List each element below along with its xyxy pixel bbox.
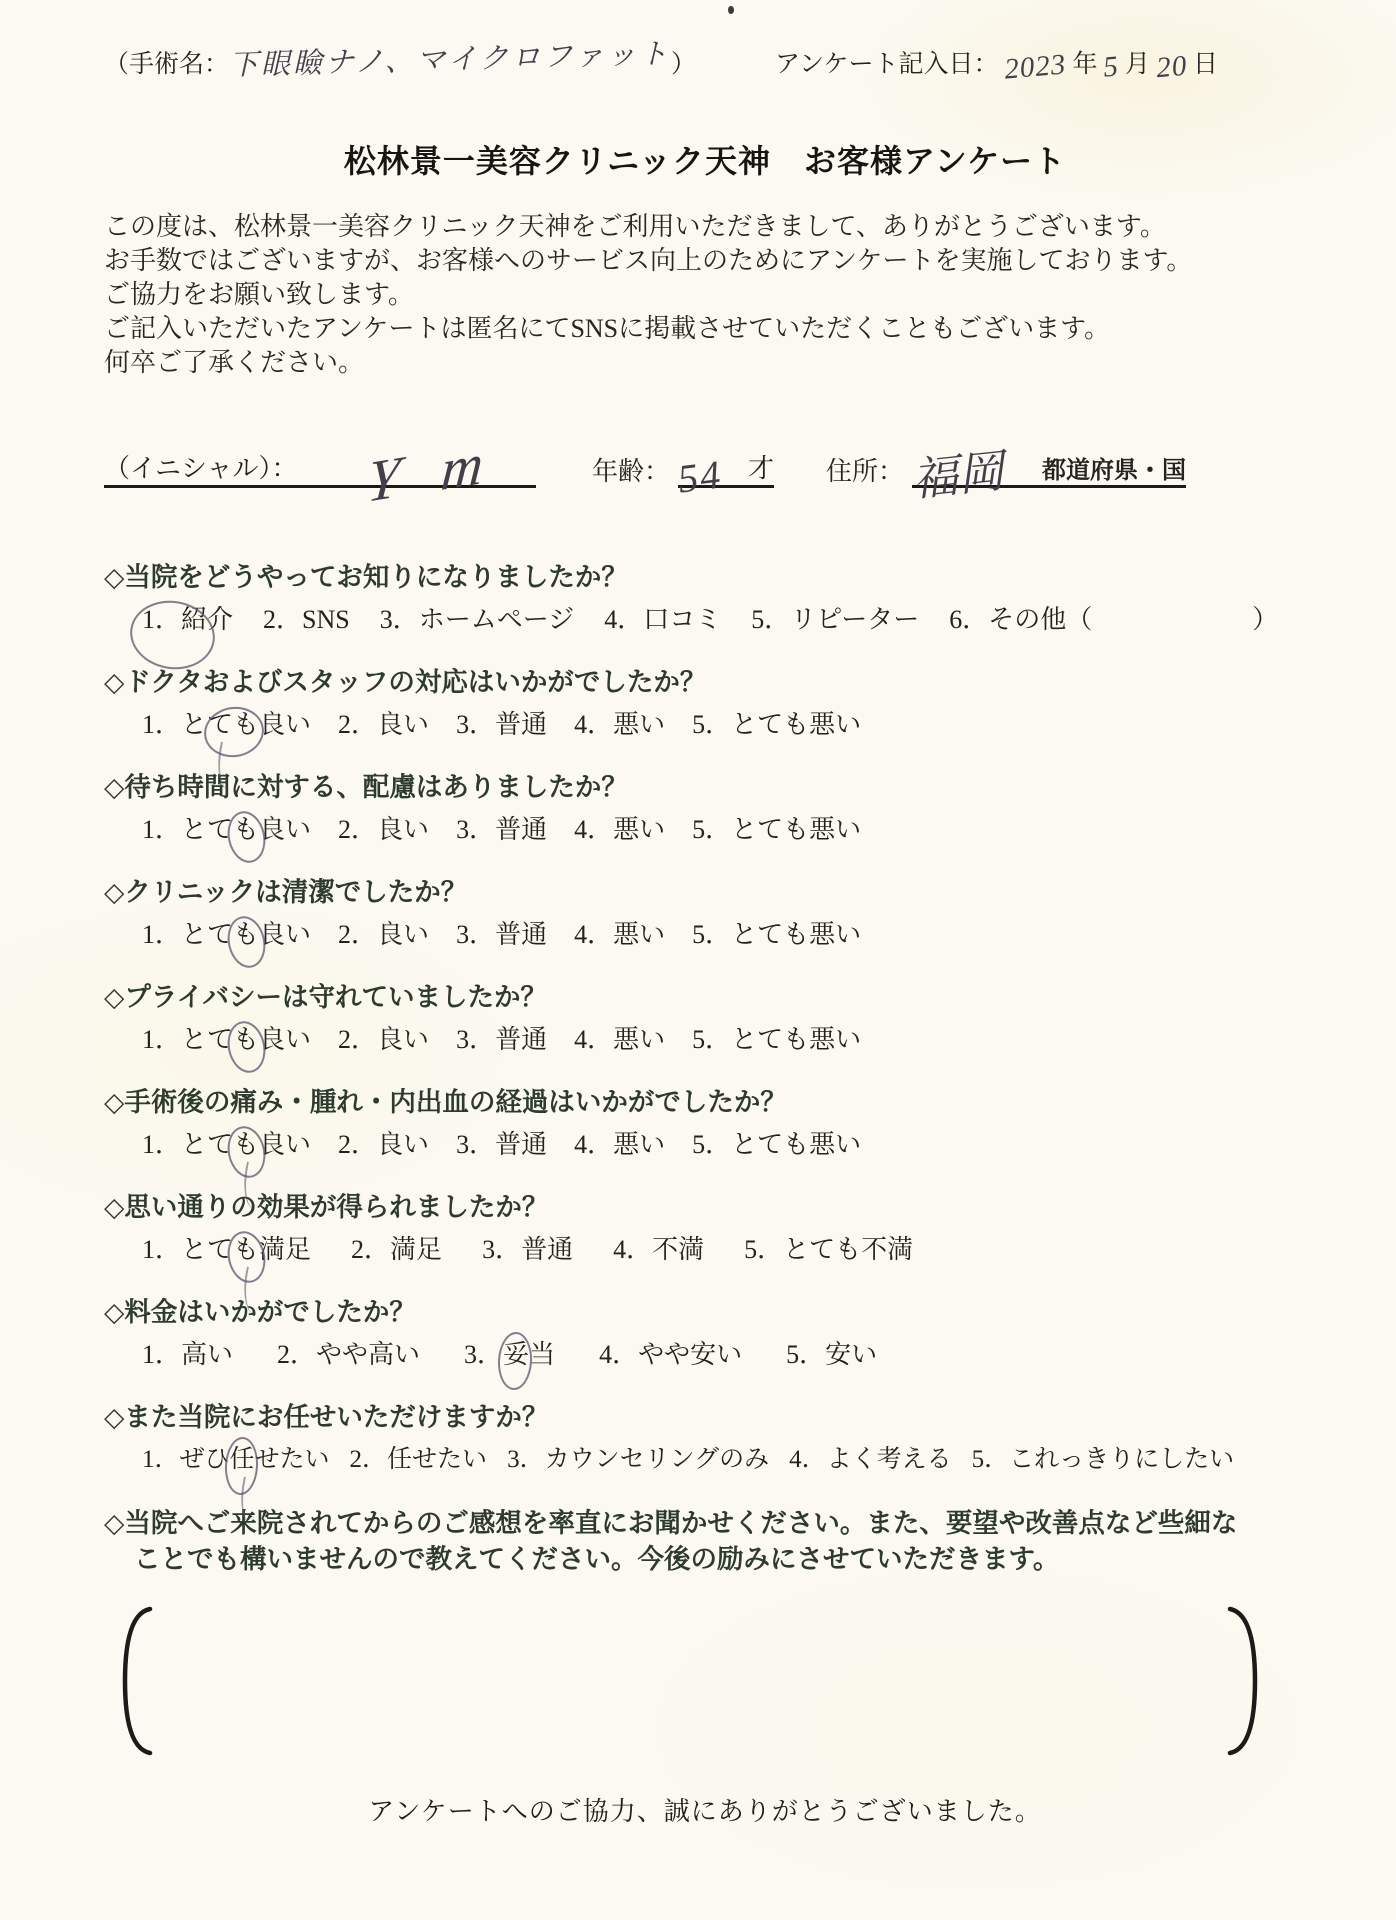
option-text: 1．とて xyxy=(142,1025,233,1054)
option-text: 1．ぜひ xyxy=(142,1446,230,1473)
option: 1．とても良い xyxy=(142,708,311,742)
age-field: 54 才 xyxy=(678,448,774,488)
surgery-name-label-close: ） xyxy=(671,44,696,80)
option: 5．とても悪い xyxy=(692,708,861,742)
option-text: 1．とて xyxy=(142,1235,233,1264)
option: 2．良い xyxy=(338,1023,429,1057)
option: 1．高い xyxy=(142,1338,233,1372)
option: 4．口コミ xyxy=(604,603,721,637)
option: 5．リピーター xyxy=(751,603,919,637)
question-title: ◇思い通りの効果が得られましたか？ xyxy=(104,1190,1306,1224)
circled-answer-mark: も xyxy=(233,1233,259,1267)
question-block: ◇また当院にお任せいただけますか？1．ぜひ任せたい2．任せたい3．カウンセリング… xyxy=(104,1400,1306,1477)
option-text: 当 xyxy=(529,1340,555,1369)
option: 3．普通 xyxy=(456,918,547,952)
question-title: ◇クリニックは清潔でしたか？ xyxy=(104,875,1306,909)
question-options: 1．ぜひ任せたい2．任せたい3．カウンセリングのみ4．よく考える5．これっきりに… xyxy=(104,1443,1306,1477)
surgery-name-handwritten-value: 下眼瞼ナノ、マイクロファット xyxy=(229,40,672,81)
year-unit: 年 xyxy=(1072,44,1097,80)
option: 5．これっきりにしたい xyxy=(972,1443,1235,1477)
option-text: 3． xyxy=(464,1340,503,1369)
option: 4．やや安い xyxy=(599,1338,742,1372)
option: 4．悪い xyxy=(574,813,665,847)
profile-row: （イニシャル）： Y m 年齢： 54 才 住所： 福岡 都道府県・国 xyxy=(104,424,1306,488)
address-unit-label: 都道府県・国 xyxy=(1042,450,1186,485)
comment-answer-area xyxy=(104,1605,1306,1757)
age-unit: 才 xyxy=(748,448,774,485)
question-options: 1．とても良い2．良い3．普通4．悪い5．とても悪い xyxy=(104,918,1306,952)
circled-answer-mark: ても xyxy=(207,708,259,742)
question-block: ◇待ち時間に対する、配慮はありましたか？1．とても良い2．良い3．普通4．悪い5… xyxy=(104,770,1306,847)
option-text: 良い xyxy=(259,815,311,844)
intro-paragraph: この度は、松林景一美容クリニック天神をご利用いただきまして、ありがとうございます… xyxy=(104,210,1306,380)
survey-day-handwritten: 20 xyxy=(1155,52,1188,84)
questions-list: ◇当院をどうやってお知りになりましたか？1．紹介2．SNS3．ホームページ4．口… xyxy=(104,560,1306,1477)
question-block: ◇料金はいかがでしたか？1．高い2．やや高い3．妥当4．やや安い5．安い xyxy=(104,1295,1306,1372)
option: 4．不満 xyxy=(613,1233,704,1267)
option: 3．普通 xyxy=(456,1128,547,1162)
question-options: 1．紹介2．SNS3．ホームページ4．口コミ5．リピーター6．その他（） xyxy=(104,603,1306,637)
circled-answer-mark: 1．紹 xyxy=(142,603,207,637)
circled-answer-mark: も xyxy=(233,813,259,847)
open-bracket-icon xyxy=(112,1605,154,1762)
circled-answer-mark: も xyxy=(233,1023,259,1057)
question-block-free-comment: ◇当院へご来院されてからのご感想を率直にお聞かせください。また、要望や改善点など… xyxy=(104,1505,1306,1577)
option-text: 介 xyxy=(207,605,233,634)
option: 2．任せたい xyxy=(350,1443,488,1477)
option: 5．とても悪い xyxy=(692,918,861,952)
question-title: ◇また当院にお任せいただけますか？ xyxy=(104,1400,1306,1434)
option: 4．悪い xyxy=(574,1023,665,1057)
option: 2．良い xyxy=(338,813,429,847)
question-block: ◇手術後の痛み・腫れ・内出血の経過はいかがでしたか？1．とても良い2．良い3．普… xyxy=(104,1085,1306,1162)
option-text: 1．とて xyxy=(142,815,233,844)
option: 1．とても良い xyxy=(142,813,311,847)
option: 3．普通 xyxy=(456,708,547,742)
option: 6．その他（ xyxy=(949,603,1092,637)
option: 4．悪い xyxy=(574,708,665,742)
question-title: ◇料金はいかがでしたか？ xyxy=(104,1295,1306,1329)
option-text: 1．と xyxy=(142,710,207,739)
intro-line: この度は、松林景一美容クリニック天神をご利用いただきまして、ありがとうございます… xyxy=(104,210,1306,244)
question-title: ◇手術後の痛み・腫れ・内出血の経過はいかがでしたか？ xyxy=(104,1085,1306,1119)
option: 2．良い xyxy=(338,1128,429,1162)
option: 4．よく考える xyxy=(789,1443,952,1477)
option: 1．紹介 xyxy=(142,603,233,637)
option: 2．SNS xyxy=(263,603,350,637)
option: 2．やや高い xyxy=(277,1338,420,1372)
option-text: 満足 xyxy=(259,1235,311,1264)
option: 2．良い xyxy=(338,708,429,742)
option: 5．とても悪い xyxy=(692,813,861,847)
option-text: 良い xyxy=(259,920,311,949)
option: 3．カウンセリングのみ xyxy=(507,1443,769,1477)
question-block: ◇ドクタおよびスタッフの対応はいかがでしたか？1．とても良い2．良い3．普通4．… xyxy=(104,665,1306,742)
question-block: ◇プライバシーは守れていましたか？1．とても良い2．良い3．普通4．悪い5．とて… xyxy=(104,980,1306,1057)
option-text: せたい xyxy=(255,1446,330,1473)
month-unit: 月 xyxy=(1125,44,1150,80)
age-handwritten-value: 54 xyxy=(676,454,725,499)
option: 1．とても満足 xyxy=(142,1233,311,1267)
option: 2．良い xyxy=(338,918,429,952)
question-options: 1．高い2．やや高い3．妥当4．やや安い5．安い xyxy=(104,1338,1306,1372)
option: 5．とても悪い xyxy=(692,1128,861,1162)
circled-answer-mark: 妥 xyxy=(503,1338,529,1372)
option-text: 良い xyxy=(259,710,311,739)
option: 1．とても良い xyxy=(142,918,311,952)
circled-answer-mark: も xyxy=(233,918,259,952)
option-text: 良い xyxy=(259,1130,311,1159)
option: 3．ホームページ xyxy=(380,603,574,637)
option: 1．ぜひ任せたい xyxy=(142,1443,330,1477)
closing-thanks-text: アンケートへのご協力、誠にありがとうございました。 xyxy=(104,1795,1306,1829)
survey-date-label: アンケート記入日： xyxy=(775,44,999,80)
intro-line: ご記入いただいたアンケートは匿名にてSNSに掲載させていただくこともございます。 xyxy=(104,312,1306,346)
question-title: ◇ドクタおよびスタッフの対応はいかがでしたか？ xyxy=(104,665,1306,699)
question-options: 1．とても良い2．良い3．普通4．悪い5．とても悪い xyxy=(104,813,1306,847)
option: 5．安い xyxy=(786,1338,877,1372)
address-label: 住所： xyxy=(826,451,904,488)
option: 5．とても不満 xyxy=(744,1233,913,1267)
option: 3．妥当 xyxy=(464,1338,555,1372)
page-title: 松林景一美容クリニック天神 お客様アンケート xyxy=(104,136,1306,182)
intro-line: お手数ではございますが、お客様へのサービス向上のためにアンケートを実施しておりま… xyxy=(104,244,1306,278)
question-options: 1．とても満足2．満足3．普通4．不満5．とても不満 xyxy=(104,1233,1306,1267)
survey-month-handwritten: 5 xyxy=(1103,52,1121,82)
option: 4．悪い xyxy=(574,918,665,952)
survey-date-group: アンケート記入日： 2023 年 5 月 20 日 xyxy=(775,44,1218,80)
question-title: ◇プライバシーは守れていましたか？ xyxy=(104,980,1306,1014)
option-text: 1．とて xyxy=(142,920,233,949)
question-options: 1．とても良い2．良い3．普通4．悪い5．とても悪い xyxy=(104,708,1306,742)
question-block: ◇思い通りの効果が得られましたか？1．とても満足2．満足3．普通4．不満5．とて… xyxy=(104,1190,1306,1267)
initial-field: （イニシャル）： Y m xyxy=(104,443,536,488)
address-handwritten-value: 福岡 xyxy=(910,448,1006,503)
question-title: ◇当院へご来院されてからのご感想を率直にお聞かせください。また、要望や改善点など… xyxy=(104,1505,1306,1541)
question-title: ◇当院をどうやってお知りになりましたか？ xyxy=(104,560,1306,594)
initial-label: （イニシャル）： xyxy=(104,448,297,485)
survey-form-page: （手術名： 下眼瞼ナノ、マイクロファット ） アンケート記入日： 2023 年 … xyxy=(0,0,1396,1920)
question-options: 1．とても良い2．良い3．普通4．悪い5．とても悪い xyxy=(104,1023,1306,1057)
option: 2．満足 xyxy=(351,1233,442,1267)
option: 3．普通 xyxy=(456,1023,547,1057)
question-options: 1．とても良い2．良い3．普通4．悪い5．とても悪い xyxy=(104,1128,1306,1162)
day-unit: 日 xyxy=(1193,44,1218,80)
form-meta-row: （手術名： 下眼瞼ナノ、マイクロファット ） アンケート記入日： 2023 年 … xyxy=(104,44,1306,88)
age-label: 年齢： xyxy=(592,451,670,488)
option: 5．とても悪い xyxy=(692,1023,861,1057)
intro-line: ご協力をお願い致します。 xyxy=(104,278,1306,312)
option-text: 良い xyxy=(259,1025,311,1054)
option: 1．とても良い xyxy=(142,1128,311,1162)
initial-handwritten-value: Y m xyxy=(366,432,500,512)
intro-line: 何卒ご了承ください。 xyxy=(104,346,1306,380)
option: 1．とても良い xyxy=(142,1023,311,1057)
option-text: 1．とて xyxy=(142,1130,233,1159)
circled-answer-mark: 任 xyxy=(230,1443,255,1477)
question-block: ◇クリニックは清潔でしたか？1．とても良い2．良い3．普通4．悪い5．とても悪い xyxy=(104,875,1306,952)
close-bracket-icon xyxy=(1226,1605,1268,1762)
option: 3．普通 xyxy=(482,1233,573,1267)
question-title: ◇待ち時間に対する、配慮はありましたか？ xyxy=(104,770,1306,804)
question-block: ◇当院をどうやってお知りになりましたか？1．紹介2．SNS3．ホームページ4．口… xyxy=(104,560,1306,637)
survey-year-handwritten: 2023 xyxy=(1004,50,1068,84)
question-title-line2: ことでも構いませんので教えてください。今後の励みにさせていただきます。 xyxy=(104,1541,1306,1577)
option: ） xyxy=(1252,603,1278,637)
address-field: 福岡 都道府県・国 xyxy=(912,450,1186,488)
option: 4．悪い xyxy=(574,1128,665,1162)
option: 3．普通 xyxy=(456,813,547,847)
circled-answer-mark: も xyxy=(233,1128,259,1162)
surgery-name-label: （手術名： xyxy=(104,44,229,80)
